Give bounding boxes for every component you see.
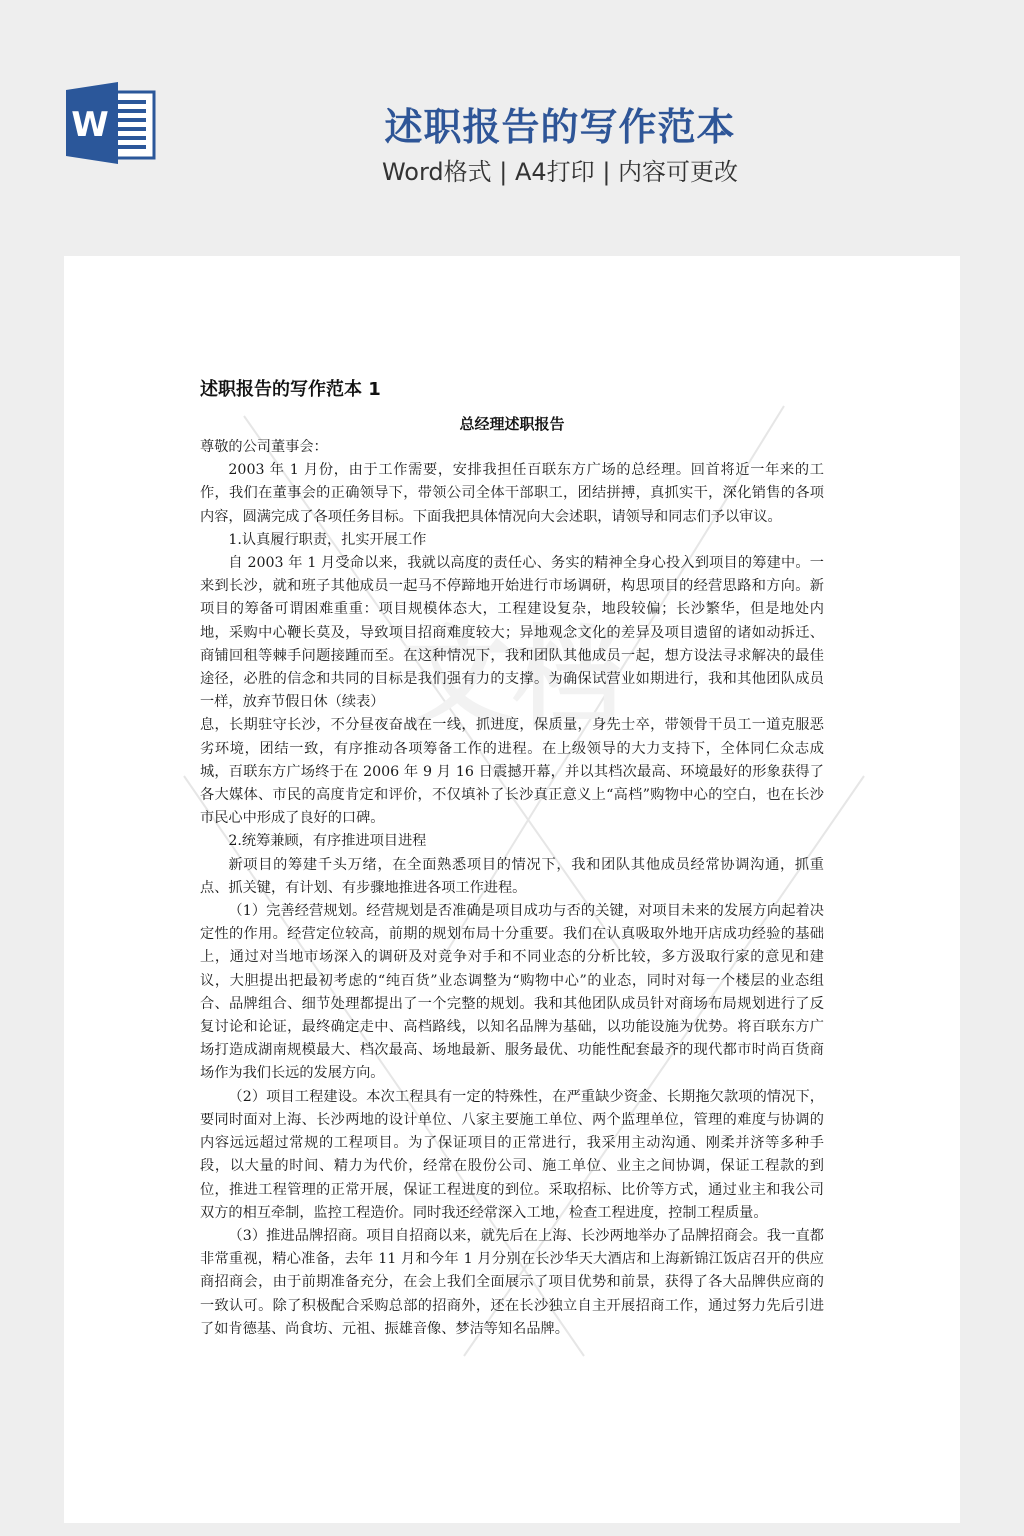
banner-title: 述职报告的写作范本 (290, 96, 830, 151)
paragraph: 新项目的筹建千头万绪，在全面熟悉项目的情况下，我和团队其他成员经常协调沟通，抓重… (200, 854, 824, 900)
document-subheading: 总经理述职报告 (200, 412, 824, 436)
paragraph: 息，长期驻守长沙，不分昼夜奋战在一线，抓进度，保质量，身先士卒，带领骨干员工一道… (200, 714, 824, 830)
banner-subtitle: Word格式 | A4打印 | 内容可更改 (290, 152, 830, 187)
document-body: 述职报告的写作范本 1 总经理述职报告 尊敬的公司董事会： 2003 年 1 月… (200, 376, 824, 1341)
paragraph-item-2: （2）项目工程建设。本次工程具有一定的特殊性，在严重缺少资金、长期拖欠款项的情况… (200, 1086, 824, 1225)
paragraph-intro: 2003 年 1 月份，由于工作需要，安排我担任百联东方广场的总经理。回首将近一… (200, 459, 824, 529)
paragraph-item-1: （1）完善经营规划。经营规划是否准确是项目成功与否的关键，对项目未来的发展方向起… (200, 900, 824, 1086)
word-document-icon: W (66, 82, 156, 164)
document-page: 文档 述职报告的写作范本 1 总经理述职报告 尊敬的公司董事会： 2003 年 … (64, 256, 960, 1523)
paragraph: 自 2003 年 1 月受命以来，我就以高度的责任心、务实的精神全身心投入到项目… (200, 552, 824, 714)
header-banner: W 述职报告的写作范本 Word格式 | A4打印 | 内容可更改 (0, 0, 1024, 256)
paragraph-item-3: （3）推进品牌招商。项目自招商以来，就先后在上海、长沙两地举办了品牌招商会。我一… (200, 1225, 824, 1341)
document-heading: 述职报告的写作范本 1 (200, 376, 824, 404)
paragraph-salutation: 尊敬的公司董事会： (200, 436, 824, 459)
section-heading-1: 1.认真履行职责，扎实开展工作 (200, 529, 824, 552)
section-heading-2: 2.统筹兼顾，有序推进项目进程 (200, 830, 824, 853)
svg-text:W: W (71, 105, 109, 145)
